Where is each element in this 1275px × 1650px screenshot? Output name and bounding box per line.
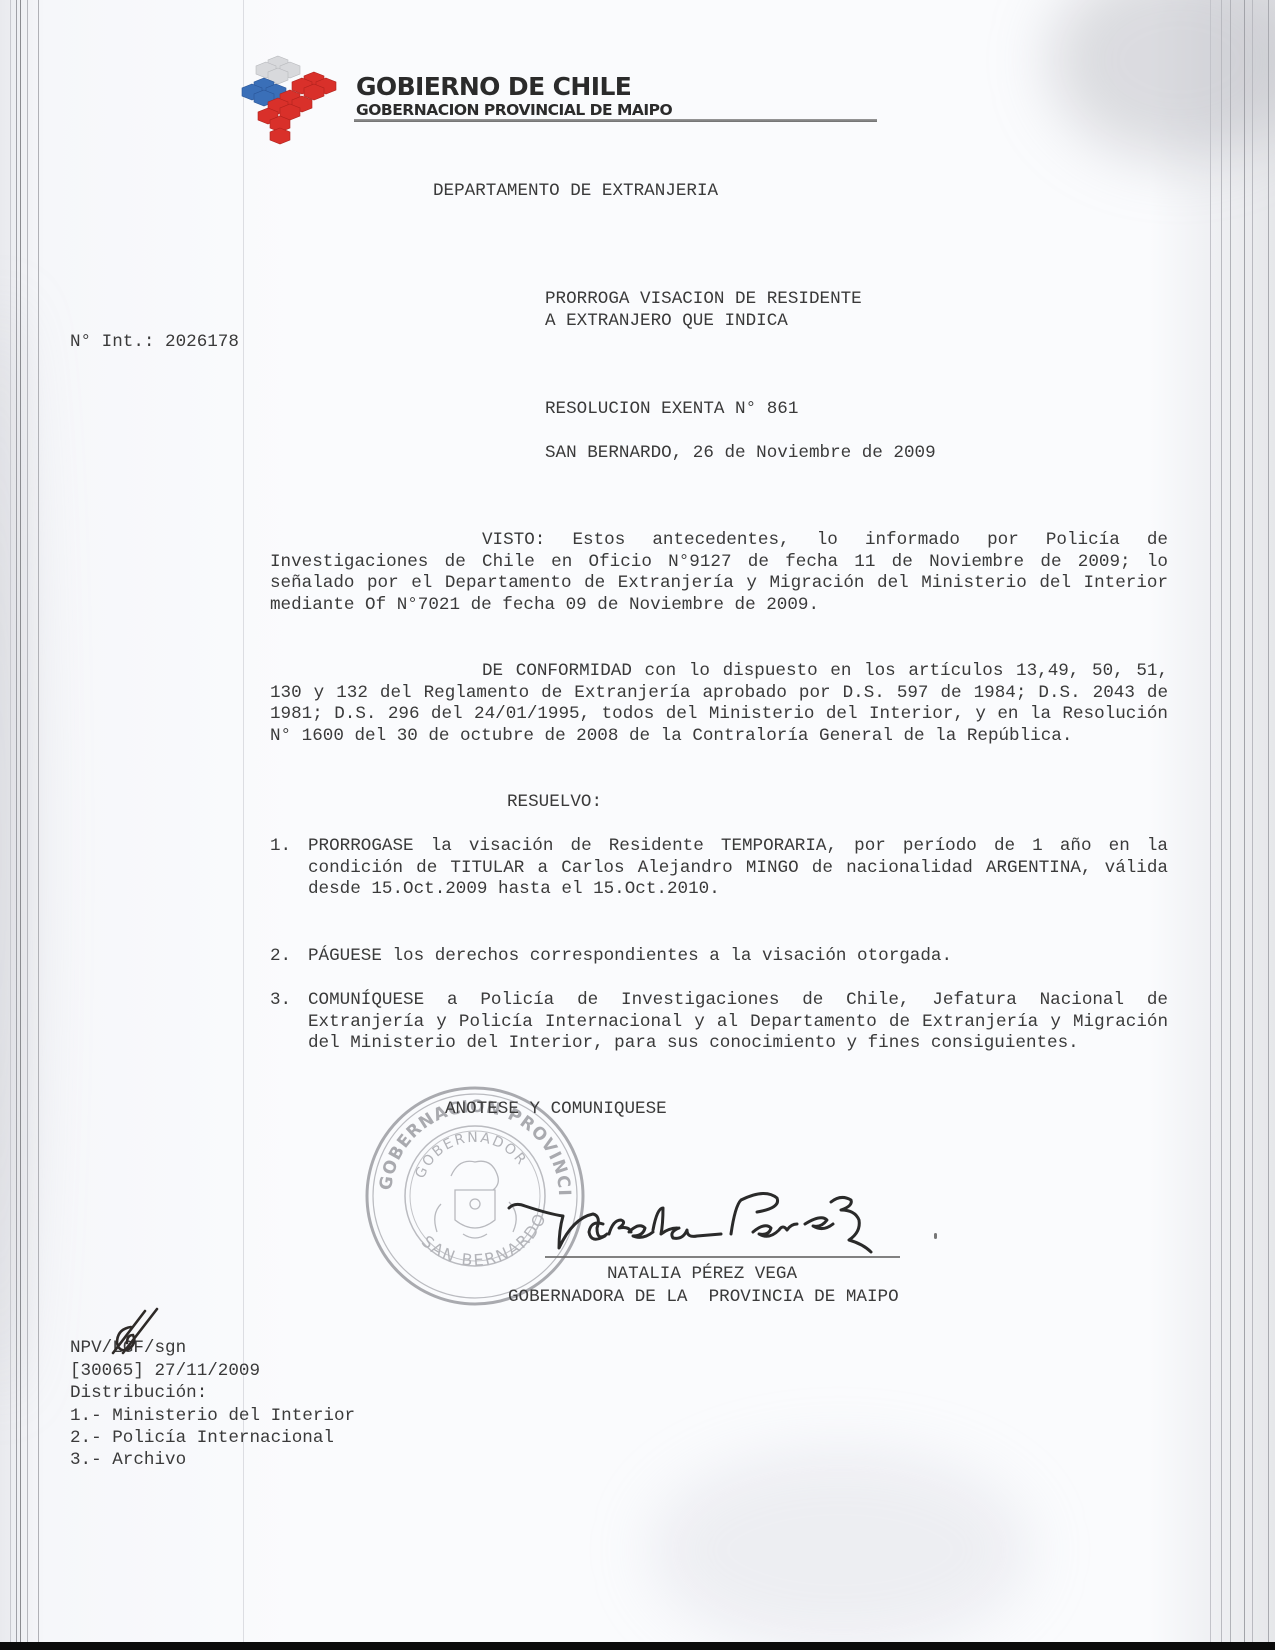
record-number-date: [30065] 27/11/2009 (70, 1361, 260, 1383)
scan-line (1244, 0, 1245, 1642)
conformidad-paragraph: DE CONFORMIDAD con lo dispuesto en los a… (270, 661, 1168, 748)
closing-formula: ANOTESE Y COMUNIQUESE (445, 1099, 667, 1121)
internal-number: N° Int.: 2026178 (70, 332, 239, 354)
resuelvo-heading: RESUELVO: (507, 792, 602, 814)
gobierno-de-chile-logo-icon (240, 53, 340, 145)
distribution-item: 3.- Archivo (70, 1450, 186, 1472)
scan-line (1252, 0, 1253, 1642)
distribution-item: 2.- Policía Internacional (70, 1428, 334, 1450)
scan-smudge (1050, 0, 1275, 160)
scan-line (27, 0, 28, 1642)
scan-line (1221, 0, 1222, 1642)
scanned-document-page: GOBIERNO DE CHILE GOBERNACION PROVINCIAL… (0, 0, 1275, 1650)
scan-line (1230, 0, 1231, 1642)
resolution-item: 3. COMUNÍQUESE a Policía de Investigacio… (270, 990, 1168, 1055)
subject-line-1: PRORROGA VISACION DE RESIDENTE (545, 289, 862, 311)
item-number: 1. (270, 836, 291, 858)
signature-line (545, 1256, 900, 1258)
place-and-date: SAN BERNARDO, 26 de Noviembre de 2009 (545, 443, 936, 465)
scan-line (10, 0, 11, 1642)
organization-title: GOBIERNO DE CHILE (356, 72, 631, 101)
visto-paragraph: VISTO: Estos antecedentes, lo informado … (270, 530, 1168, 617)
organization-subtitle: GOBERNACION PROVINCIAL DE MAIPO (356, 101, 672, 119)
handwritten-signature-icon (505, 1190, 915, 1260)
distribution-item: 1.- Ministerio del Interior (70, 1406, 355, 1428)
resolution-item: 1. PRORROGASE la visación de Residente T… (270, 836, 1168, 901)
department-heading: DEPARTAMENTO DE EXTRANJERIA (433, 181, 718, 203)
scan-line (16, 0, 17, 1642)
visto-text: VISTO: Estos antecedentes, lo informado … (270, 530, 1168, 615)
scan-bottom-edge (0, 1642, 1275, 1650)
scan-smudge (650, 1450, 1030, 1650)
item-text: PÁGUESE los derechos correspondientes a … (308, 946, 1168, 968)
item-number: 2. (270, 946, 291, 968)
subject-line-2: A EXTRANJERO QUE INDICA (545, 311, 788, 333)
item-number: 3. (270, 990, 291, 1012)
signatory-title: GOBERNADORA DE LA PROVINCIA DE MAIPO (508, 1287, 899, 1309)
scan-smudge (0, 300, 30, 1400)
header-rule (354, 119, 877, 122)
distribution-label: Distribución: (70, 1383, 207, 1405)
scan-line (1268, 0, 1269, 1642)
conformidad-text: DE CONFORMIDAD con lo dispuesto en los a… (270, 661, 1168, 746)
signatory-name: NATALIA PÉREZ VEGA (607, 1264, 797, 1286)
handwritten-initials-icon (105, 1305, 160, 1355)
scan-line (20, 0, 21, 1642)
scan-line (243, 0, 244, 1642)
scan-line (1210, 0, 1211, 1642)
item-text: PRORROGASE la visación de Residente TEMP… (308, 836, 1168, 901)
item-text: COMUNÍQUESE a Policía de Investigaciones… (308, 990, 1168, 1055)
resolution-item: 2. PÁGUESE los derechos correspondientes… (270, 946, 1168, 968)
resolution-number: RESOLUCION EXENTA N° 861 (545, 399, 798, 421)
scan-line (38, 0, 39, 1642)
ink-mark (934, 1233, 937, 1239)
